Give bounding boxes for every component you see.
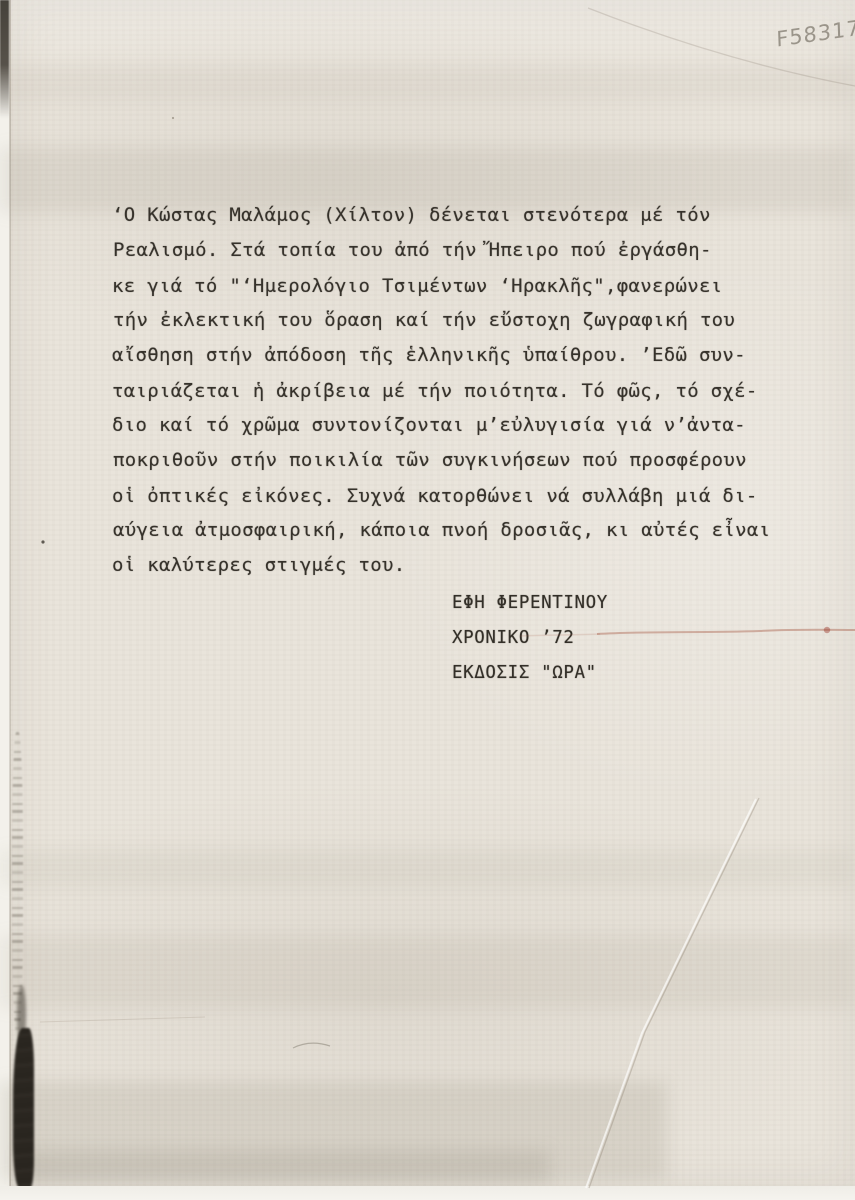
paper-left-edge-shadow bbox=[9, 0, 11, 1186]
typed-line: ταιριάζεται ἡ ἀκρίβεια μέ τήν ποιότητα. … bbox=[112, 374, 772, 409]
signature-source: ΧΡΟΝΙΚΟ ’72 bbox=[452, 621, 608, 656]
signature-block: ΕΦΗ ΦΕΡΕΝΤΙΝΟΥ ΧΡΟΝΙΚΟ ’72 ΕΚΔΟΣΙΣ "ΩΡΑ" bbox=[452, 586, 608, 691]
top-left-scan-artifact bbox=[0, 0, 9, 118]
typed-line: ποκριθοῦν στήν ποικιλία τῶν συγκινήσεων … bbox=[113, 443, 773, 478]
typed-line: αἴσθηση στήν ἀπόδοση τῆς ἑλληνικῆς ὑπαίθ… bbox=[112, 338, 772, 373]
typed-body: ‘Ο Κώστας Μαλάμος (Χίλτον) δένεται στενό… bbox=[112, 198, 772, 583]
signature-author: ΕΦΗ ΦΕΡΕΝΤΙΝΟΥ bbox=[452, 586, 608, 621]
scanned-typewritten-page: { "scan": { "annotation_code": "F58317",… bbox=[0, 0, 855, 1200]
bottom-left-ink-blotch bbox=[13, 1028, 34, 1188]
typed-line: οἱ ὀπτικές εἰκόνες. Συχνά κατορθώνει νά … bbox=[112, 479, 772, 514]
typed-line: ‘Ο Κώστας Μαλάμος (Χίλτον) δένεται στενό… bbox=[112, 198, 772, 233]
signature-publisher: ΕΚΔΟΣΙΣ "ΩΡΑ" bbox=[452, 656, 608, 691]
scanner-backing-bottom bbox=[0, 1186, 855, 1200]
typed-line: τήν ἐκλεκτική του ὅραση καί τήν εὔστοχη … bbox=[113, 303, 773, 338]
typed-line: Ρεαλισμό. Στά τοπία του ἀπό τήν Ἤπειρο π… bbox=[113, 233, 773, 268]
typed-line: κε γιά τό "‘Ημερολόγιο Τσιμέντων ‘Ηρακλῆ… bbox=[112, 269, 772, 304]
typed-line: οἱ καλύτερες στιγμές του. bbox=[112, 548, 772, 583]
typed-line: διο καί τό χρῶμα συντονίζονται μ’εὐλυγισ… bbox=[112, 408, 772, 443]
typed-line: αύγεια ἀτμοσφαιρική, κάποια πνοή δροσιᾶς… bbox=[113, 513, 773, 548]
paper-sheet bbox=[10, 0, 855, 1186]
